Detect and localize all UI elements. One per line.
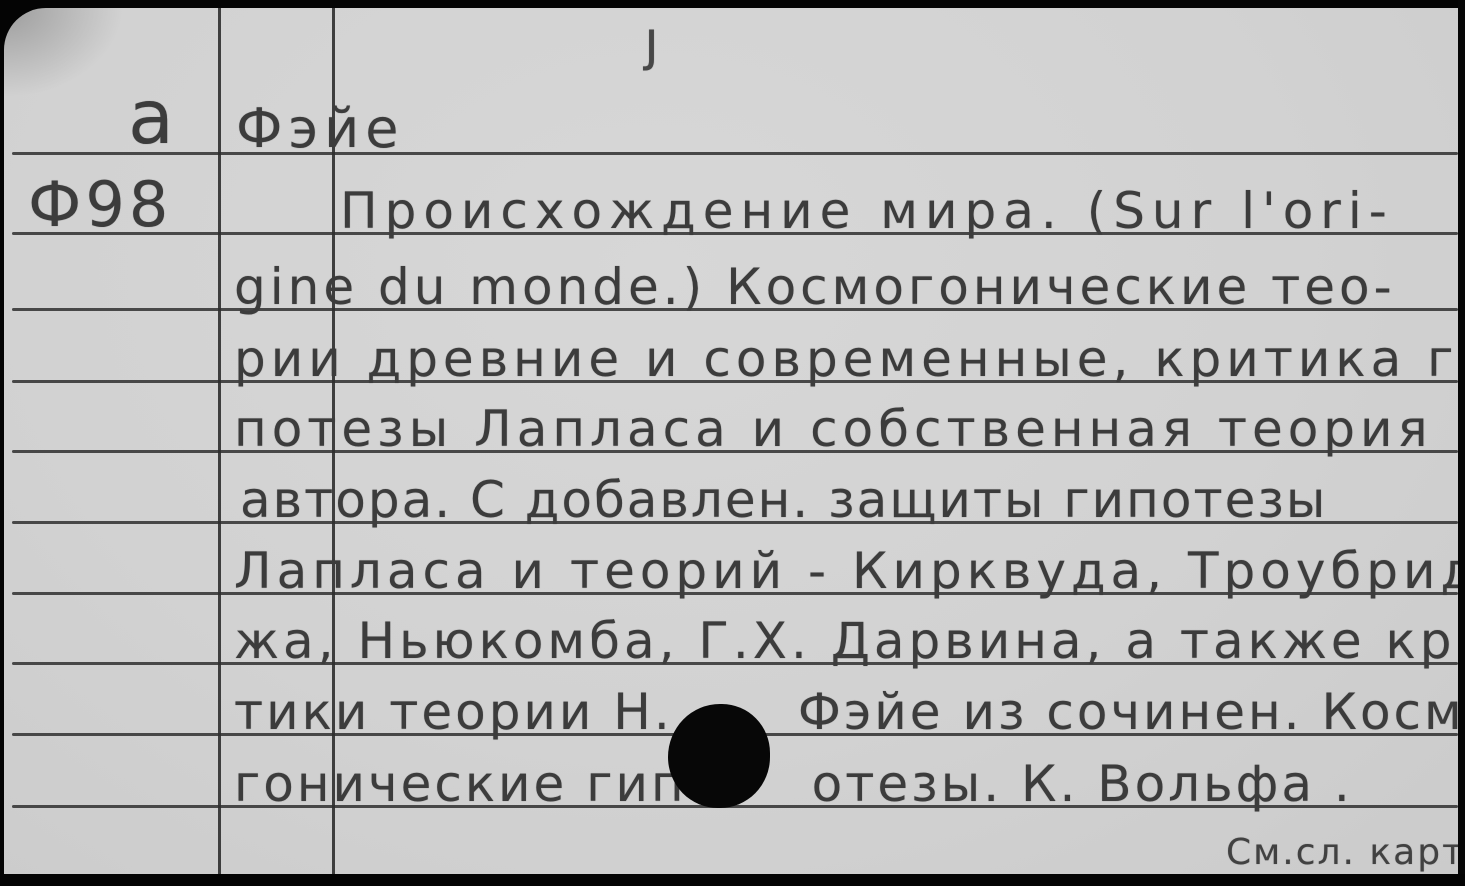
scan-edge-bottom [0, 874, 1465, 886]
body-line-text: Происхождение мира. (Sur l'ori- [340, 186, 1394, 236]
body-line-text: отезы. К. Вольфа . [812, 759, 1353, 809]
shelf-letter: а [128, 82, 174, 152]
ruled-line [12, 152, 1458, 155]
scan-corner-shadow [4, 8, 124, 98]
body-line-text: рии древние и современные, критика ги- [234, 334, 1458, 384]
body-line-text: автора. С добавлен. защиты гипотезы [240, 475, 1327, 525]
hole-punch [668, 704, 770, 808]
body-line: тики теории Н.Фэйе из сочинен. Космо- [234, 687, 1458, 737]
body-line: гонические гипотезы. К. Вольфа . [234, 759, 1353, 809]
catalog-card: ȷ а Ф98 Фэйе Происхождение мира. (Sur l'… [4, 8, 1458, 874]
body-line-text: тики теории Н. [234, 687, 673, 737]
body-line: жа, Ньюкомба, Г.Х. Дарвина, а также кри- [234, 616, 1458, 666]
body-line: автора. С добавлен. защиты гипотезы [240, 475, 1327, 525]
call-number: Ф98 [28, 174, 172, 236]
scan-edge-right [1458, 0, 1465, 886]
body-line-text: Фэйе из сочинен. Космо- [798, 687, 1458, 737]
see-next-card-note: См.сл. карт [1226, 835, 1458, 871]
body-line-text: Лапласа и теорий - Кирквуда, Троубрид- [234, 546, 1458, 596]
body-line: потезы Лапласа и собственная теория [234, 404, 1433, 454]
body-line-text: потезы Лапласа и собственная теория [234, 404, 1433, 454]
body-line: Происхождение мира. (Sur l'ori- [340, 186, 1394, 236]
author-name: Фэйе [236, 102, 404, 156]
body-line-text: gine du monde.) Космогонические тео- [234, 262, 1396, 312]
body-line: Лапласа и теорий - Кирквуда, Троубрид- [234, 546, 1458, 596]
body-line-text: гонические гип [234, 759, 687, 809]
body-line: рии древние и современные, критика ги- [234, 334, 1458, 384]
body-line: gine du monde.) Космогонические тео- [234, 262, 1396, 312]
stray-pen-mark: ȷ [644, 14, 659, 68]
column-divider [218, 8, 221, 874]
body-line-text: жа, Ньюкомба, Г.Х. Дарвина, а также кри- [234, 616, 1458, 666]
